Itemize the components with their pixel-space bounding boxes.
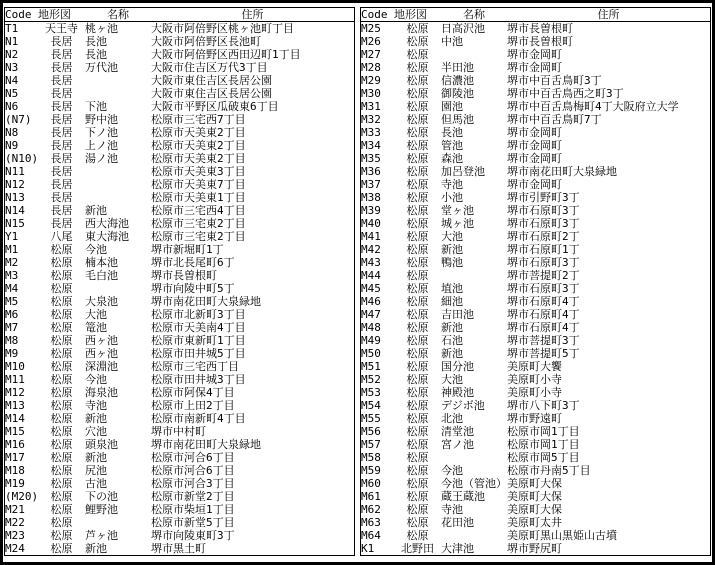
cell-mapsheet: 松原: [38, 412, 85, 425]
cell-mapsheet: 長居: [38, 217, 85, 230]
cell-address: 松原市天美東7丁目: [151, 178, 355, 191]
column-header-code: Code: [5, 8, 39, 22]
cell-code: M47: [361, 308, 395, 321]
cell-mapsheet: 長居: [38, 74, 85, 87]
table-row: (M20) 松原 下の池 松原市新堂2丁目: [5, 490, 355, 503]
table-row: N15 長居 西大海池 松原市三宅東2丁目: [5, 217, 355, 230]
cell-address: 松原市河合6丁目: [151, 464, 355, 477]
column-header-name: 名称: [85, 8, 151, 22]
cell-name: 鯉野池: [85, 503, 151, 516]
table-row: N13 長居 松原市天美東1丁目: [5, 191, 355, 204]
table-row: M36 松原 加呂登池 堺市南花田町大泉緑地: [361, 165, 711, 178]
cell-code: M40: [361, 217, 395, 230]
cell-name: 楠本池: [85, 256, 151, 269]
cell-address: 堺市中百舌鳥西之町3丁: [507, 87, 711, 100]
cell-code: (M20): [5, 490, 39, 503]
cell-code: M9: [5, 347, 39, 360]
cell-name: 寺池: [441, 503, 507, 516]
cell-address: 堺市石原町4丁: [507, 295, 711, 308]
cell-code: M17: [5, 451, 39, 464]
cell-mapsheet: 松原: [38, 334, 85, 347]
cell-mapsheet: 長居: [38, 152, 85, 165]
cell-name: 西ヶ池: [85, 334, 151, 347]
table-row: (N7) 長居 野中池 松原市三宅西7丁目: [5, 113, 355, 126]
cell-name: 城ヶ池: [441, 217, 507, 230]
cell-mapsheet: 松原: [38, 529, 85, 542]
cell-mapsheet: 松原: [38, 373, 85, 386]
cell-mapsheet: 松原: [38, 399, 85, 412]
cell-mapsheet: 松原: [394, 191, 441, 204]
table-row: M61 松原 蔵王蔵池 美原町大保: [361, 490, 711, 503]
cell-code: M3: [5, 269, 39, 282]
cell-name: 新池: [85, 204, 151, 217]
cell-name: 長池: [441, 126, 507, 139]
column-header-address: 住所: [507, 8, 711, 22]
cell-name: 堂ヶ池: [441, 204, 507, 217]
cell-address: 大阪市阿倍野区桃ヶ池町丁目: [151, 22, 355, 36]
cell-mapsheet: 長居: [38, 178, 85, 191]
cell-code: N11: [5, 165, 39, 178]
table-row: N1 長居 長池 大阪市阿倍野区長池町: [5, 35, 355, 48]
cell-address: 堺市南花田町大泉緑地: [507, 165, 711, 178]
cell-name: 下池: [85, 100, 151, 113]
cell-address: 堺市菩提町5丁: [507, 347, 711, 360]
table-row: M2 松原 楠本池 堺市北長尾町6丁: [5, 256, 355, 269]
cell-mapsheet: 長居: [38, 126, 85, 139]
table-row: M56 松原 清堂池 松原市岡1丁目: [361, 425, 711, 438]
column-header-mapsheet: 地形図: [38, 8, 85, 22]
table-row: M46 松原 細池 堺市石原町4丁: [361, 295, 711, 308]
cell-name: 新池: [85, 542, 151, 556]
cell-name: 大泉池: [85, 295, 151, 308]
cell-mapsheet: 松原: [38, 425, 85, 438]
cell-address: 美原町大保: [507, 503, 711, 516]
table-row: N14 長居 新池 松原市三宅西4丁目: [5, 204, 355, 217]
table-row: M47 松原 吉田池 堺市石原町4丁: [361, 308, 711, 321]
table-row: M1 松原 今池 堺市新堀町1丁: [5, 243, 355, 256]
cell-code: M55: [361, 412, 395, 425]
cell-mapsheet: 松原: [394, 204, 441, 217]
cell-mapsheet: 八尾: [38, 230, 85, 243]
cell-mapsheet: 松原: [394, 386, 441, 399]
table-row: M24 松原 新池 堺市黒土町: [5, 542, 355, 556]
cell-name: 管池: [441, 139, 507, 152]
table-row: M17 松原 新池 松原市河合6丁目: [5, 451, 355, 464]
cell-code: M32: [361, 113, 395, 126]
cell-name: 大池: [441, 230, 507, 243]
cell-name: 下ノ池: [85, 126, 151, 139]
table-row: N5 長居 大阪市東住吉区長居公園: [5, 87, 355, 100]
table-row: M32 松原 但馬池 堺市中百舌鳥町7丁: [361, 113, 711, 126]
cell-address: 大阪市住吉区万代3丁目: [151, 61, 355, 74]
cell-mapsheet: 松原: [394, 74, 441, 87]
cell-mapsheet: 松原: [38, 542, 85, 556]
table-row: M16 松原 頭泉池 堺市南花田町大泉緑地: [5, 438, 355, 451]
cell-name: 森池: [441, 152, 507, 165]
cell-name: 大津池: [441, 542, 507, 556]
cell-code: M53: [361, 386, 395, 399]
table-row: M23 松原 芦ヶ池 堺市向陵東町3丁: [5, 529, 355, 542]
cell-mapsheet: 松原: [394, 360, 441, 373]
cell-mapsheet: 松原: [38, 321, 85, 334]
table-row: M40 松原 城ヶ池 堺市石原町3丁: [361, 217, 711, 230]
table-row: M31 松原 園池 堺市中百舌鳥梅町4丁大阪府立大学: [361, 100, 711, 113]
cell-mapsheet: 天王寺: [38, 22, 85, 36]
table-row: M27 松原 堺市金岡町: [361, 48, 711, 61]
cell-address: 松原市東新町1丁目: [151, 334, 355, 347]
table-row: N11 長居 松原市天美東3丁目: [5, 165, 355, 178]
cell-address: 松原市北新町3丁目: [151, 308, 355, 321]
cell-code: M10: [5, 360, 39, 373]
cell-address: 大阪市平野区瓜破東6丁目: [151, 100, 355, 113]
cell-name: [441, 529, 507, 542]
cell-code: M36: [361, 165, 395, 178]
table-row: N6 長居 下池 大阪市平野区瓜破東6丁目: [5, 100, 355, 113]
cell-mapsheet: 松原: [394, 217, 441, 230]
cell-mapsheet: 松原: [394, 321, 441, 334]
cell-address: 松原市三宅西4丁目: [151, 204, 355, 217]
cell-code: M25: [361, 22, 395, 36]
cell-code: M26: [361, 35, 395, 48]
cell-name: 今池: [441, 464, 507, 477]
cell-code: N13: [5, 191, 39, 204]
cell-address: 堺市石原町1丁: [507, 243, 711, 256]
cell-name: 上ノ池: [85, 139, 151, 152]
cell-address: 堺市長曽根町: [151, 269, 355, 282]
cell-name: 大池: [85, 308, 151, 321]
cell-name: 新池: [85, 451, 151, 464]
cell-mapsheet: 長居: [38, 61, 85, 74]
table-row: M29 松原 信濃池 堺市中百舌鳥町3丁: [361, 74, 711, 87]
cell-mapsheet: 松原: [394, 178, 441, 191]
cell-mapsheet: 長居: [38, 139, 85, 152]
cell-address: 堺市北長尾町6丁: [151, 256, 355, 269]
cell-name: [85, 516, 151, 529]
cell-address: 堺市長曽根町: [507, 35, 711, 48]
cell-mapsheet: 松原: [394, 503, 441, 516]
cell-name: 尻池: [85, 464, 151, 477]
cell-mapsheet: 松原: [38, 360, 85, 373]
cell-name: 信濃池: [441, 74, 507, 87]
cell-name: 新池: [441, 347, 507, 360]
cell-mapsheet: 松原: [394, 347, 441, 360]
table-row: M5 松原 大泉池 堺市南花田町大泉緑地: [5, 295, 355, 308]
cell-name: 長池: [85, 48, 151, 61]
table-row: M22 松原 松原市新堂5丁目: [5, 516, 355, 529]
cell-address: 松原市河合6丁目: [151, 451, 355, 464]
cell-address: 堺市菩提町2丁: [507, 269, 711, 282]
table-row: K1 北野田 大津池 堺市野尻町: [361, 542, 711, 556]
cell-mapsheet: 松原: [38, 490, 85, 503]
table-row: M53 松原 神殿池 美原町小寺: [361, 386, 711, 399]
cell-mapsheet: 松原: [38, 503, 85, 516]
table-row: M13 松原 寺池 松原市上田2丁目: [5, 399, 355, 412]
cell-code: M29: [361, 74, 395, 87]
cell-name: 寺池: [441, 178, 507, 191]
cell-address: 松原市田井城5丁目: [151, 347, 355, 360]
cell-code: M62: [361, 503, 395, 516]
cell-mapsheet: 松原: [394, 87, 441, 100]
cell-mapsheet: 長居: [38, 87, 85, 100]
cell-code: N4: [5, 74, 39, 87]
cell-address: 堺市南花田町大泉緑地: [151, 295, 355, 308]
cell-code: M28: [361, 61, 395, 74]
cell-address: 松原市南新町4丁目: [151, 412, 355, 425]
cell-address: 堺市金岡町: [507, 126, 711, 139]
cell-code: M63: [361, 516, 395, 529]
cell-code: (N10): [5, 152, 39, 165]
cell-address: 堺市黒土町: [151, 542, 355, 556]
cell-address: 堺市石原町4丁: [507, 321, 711, 334]
table-row: M8 松原 西ヶ池 松原市東新町1丁目: [5, 334, 355, 347]
cell-name: 大池: [441, 373, 507, 386]
cell-address: 松原市新堂2丁目: [151, 490, 355, 503]
table-row: M41 松原 大池 堺市石原町2丁: [361, 230, 711, 243]
table-row: M48 松原 新池 堺市石原町4丁: [361, 321, 711, 334]
table-row: M60 松原 今池（管池） 美原町大保: [361, 477, 711, 490]
cell-name: デジボ池: [441, 399, 507, 412]
cell-name: 中池: [441, 35, 507, 48]
column-header-code: Code: [361, 8, 395, 22]
cell-mapsheet: 松原: [394, 451, 441, 464]
cell-address: 堺市石原町3丁: [507, 256, 711, 269]
cell-code: K1: [361, 542, 395, 556]
cell-mapsheet: 松原: [394, 464, 441, 477]
column-header-name: 名称: [441, 8, 507, 22]
cell-mapsheet: 松原: [38, 347, 85, 360]
cell-mapsheet: 松原: [38, 295, 85, 308]
cell-mapsheet: 長居: [38, 165, 85, 178]
cell-code: M50: [361, 347, 395, 360]
cell-mapsheet: 松原: [394, 126, 441, 139]
table-row: M34 松原 管池 堺市金岡町: [361, 139, 711, 152]
cell-name: 芦ヶ池: [85, 529, 151, 542]
cell-mapsheet: 松原: [38, 256, 85, 269]
cell-name: [85, 178, 151, 191]
cell-name: 頭泉池: [85, 438, 151, 451]
cell-code: Y1: [5, 230, 39, 243]
cell-name: 万代池: [85, 61, 151, 74]
cell-code: M52: [361, 373, 395, 386]
table-row: M10 松原 深淵池 松原市三宅西丁目: [5, 360, 355, 373]
cell-code: M41: [361, 230, 395, 243]
cell-mapsheet: 松原: [394, 425, 441, 438]
cell-address: 松原市三宅西7丁目: [151, 113, 355, 126]
cell-code: M37: [361, 178, 395, 191]
cell-address: 大阪市阿倍野区西田辺町1丁目: [151, 48, 355, 61]
table-row: M7 松原 篭池 松原市天美南4丁目: [5, 321, 355, 334]
column-header-address: 住所: [151, 8, 355, 22]
cell-code: M49: [361, 334, 395, 347]
cell-code: N8: [5, 126, 39, 139]
cell-address: 大阪市阿倍野区長池町: [151, 35, 355, 48]
table-row: M38 松原 小池 堺市引野町3丁: [361, 191, 711, 204]
cell-mapsheet: 松原: [394, 48, 441, 61]
table-row: M4 松原 堺市向陵中町5丁: [5, 282, 355, 295]
cell-code: M13: [5, 399, 39, 412]
cell-address: 松原市三宅東2丁目: [151, 217, 355, 230]
cell-name: 細池: [441, 295, 507, 308]
cell-address: 松原市岡1丁目: [507, 438, 711, 451]
table-row: M44 松原 堺市菩提町2丁: [361, 269, 711, 282]
cell-mapsheet: 松原: [394, 113, 441, 126]
cell-code: M27: [361, 48, 395, 61]
table-row: M19 松原 古池 松原市河合3丁目: [5, 477, 355, 490]
cell-code: N6: [5, 100, 39, 113]
cell-mapsheet: 松原: [38, 243, 85, 256]
cell-code: M44: [361, 269, 395, 282]
header-row: Code 地形図 名称 住所: [361, 8, 711, 22]
cell-name: 但馬池: [441, 113, 507, 126]
cell-code: M34: [361, 139, 395, 152]
cell-address: 堺市金岡町: [507, 48, 711, 61]
cell-address: 松原市阿保4丁目: [151, 386, 355, 399]
cell-address: 堺市南花田町大泉緑地: [151, 438, 355, 451]
cell-name: 湯ノ池: [85, 152, 151, 165]
cell-code: M48: [361, 321, 395, 334]
cell-address: 松原市天美東3丁目: [151, 165, 355, 178]
cell-name: 国分池: [441, 360, 507, 373]
cell-mapsheet: 松原: [38, 308, 85, 321]
cell-name: 毛白池: [85, 269, 151, 282]
cell-code: M18: [5, 464, 39, 477]
cell-code: M38: [361, 191, 395, 204]
cell-mapsheet: 松原: [38, 516, 85, 529]
cell-code: M14: [5, 412, 39, 425]
table-row: M11 松原 今池 松原市田井城3丁目: [5, 373, 355, 386]
cell-address: 美原町黒山黒姫山古墳: [507, 529, 711, 542]
cell-code: M57: [361, 438, 395, 451]
cell-code: M4: [5, 282, 39, 295]
cell-mapsheet: 松原: [38, 464, 85, 477]
cell-code: M23: [5, 529, 39, 542]
cell-address: 堺市引野町3丁: [507, 191, 711, 204]
column-header-mapsheet: 地形図: [394, 8, 441, 22]
cell-name: 半田池: [441, 61, 507, 74]
table-row: N9 長居 上ノ池 松原市天美東2丁目: [5, 139, 355, 152]
table-row: N8 長居 下ノ池 松原市天美東2丁目: [5, 126, 355, 139]
cell-mapsheet: 長居: [38, 191, 85, 204]
cell-address: 堺市中村町: [151, 425, 355, 438]
table-row: M3 松原 毛白池 堺市長曽根町: [5, 269, 355, 282]
cell-name: 神殿池: [441, 386, 507, 399]
cell-code: N5: [5, 87, 39, 100]
cell-code: N14: [5, 204, 39, 217]
cell-name: 寺池: [85, 399, 151, 412]
cell-name: 御陵池: [441, 87, 507, 100]
table-row: M37 松原 寺池 堺市金岡町: [361, 178, 711, 191]
table-row: T1 天王寺 桃ヶ池 大阪市阿倍野区桃ヶ池町丁目: [5, 22, 355, 36]
cell-address: 大阪市東住吉区長居公園: [151, 87, 355, 100]
cell-mapsheet: 松原: [394, 477, 441, 490]
cell-code: M24: [5, 542, 39, 556]
cell-mapsheet: 松原: [394, 438, 441, 451]
cell-name: 日高沢池: [441, 22, 507, 36]
cell-mapsheet: 松原: [394, 61, 441, 74]
cell-code: M1: [5, 243, 39, 256]
cell-mapsheet: 松原: [38, 451, 85, 464]
cell-name: 桃ヶ池: [85, 22, 151, 36]
table-row: N3 長居 万代池 大阪市住吉区万代3丁目: [5, 61, 355, 74]
cell-address: 堺市八下町3丁: [507, 399, 711, 412]
cell-name: 東大海池: [85, 230, 151, 243]
cell-address: 美原町小寺: [507, 386, 711, 399]
cell-address: 松原市天美東2丁目: [151, 139, 355, 152]
cell-name: 蔵王蔵池: [441, 490, 507, 503]
cell-code: M5: [5, 295, 39, 308]
cell-mapsheet: 松原: [394, 152, 441, 165]
cell-name: [85, 191, 151, 204]
cell-address: 美原町大保: [507, 477, 711, 490]
table-row: M63 松原 花田池 美原町太井: [361, 516, 711, 529]
page-frame: Code 地形図 名称 住所 T1 天王寺 桃ヶ池 大阪市阿倍野区桃ヶ池町丁目 …: [0, 0, 715, 565]
cell-name: [85, 282, 151, 295]
cell-mapsheet: 松原: [394, 308, 441, 321]
cell-code: N15: [5, 217, 39, 230]
cell-name: 埴池: [441, 282, 507, 295]
table-row: M58 松原 松原市岡5丁目: [361, 451, 711, 464]
cell-address: 松原市上田2丁目: [151, 399, 355, 412]
table-row: M28 松原 半田池 堺市金岡町: [361, 61, 711, 74]
table-row: M54 松原 デジボ池 堺市八下町3丁: [361, 399, 711, 412]
table-row: M25 松原 日高沢池 堺市長曽根町: [361, 22, 711, 36]
table-row: M51 松原 国分池 美原町大饗: [361, 360, 711, 373]
table-row: M21 松原 鯉野池 松原市柴垣1丁目: [5, 503, 355, 516]
cell-address: 美原町大饗: [507, 360, 711, 373]
cell-mapsheet: 松原: [394, 334, 441, 347]
cell-mapsheet: 松原: [394, 165, 441, 178]
cell-name: [85, 74, 151, 87]
cell-mapsheet: 松原: [394, 412, 441, 425]
cell-mapsheet: 松原: [394, 100, 441, 113]
cell-mapsheet: 松原: [394, 230, 441, 243]
cell-code: M56: [361, 425, 395, 438]
cell-mapsheet: 長居: [38, 35, 85, 48]
cell-address: 堺市向陵東町3丁: [151, 529, 355, 542]
cell-code: M21: [5, 503, 39, 516]
pond-table-right-body: M25 松原 日高沢池 堺市長曽根町 M26 松原 中池 堺市長曽根町 M27 …: [361, 22, 711, 556]
cell-address: 松原市天美東1丁目: [151, 191, 355, 204]
cell-code: T1: [5, 22, 39, 36]
cell-code: N1: [5, 35, 39, 48]
cell-address: 松原市田井城3丁目: [151, 373, 355, 386]
cell-name: 篭池: [85, 321, 151, 334]
cell-address: 美原町太井: [507, 516, 711, 529]
cell-address: 堺市石原町3丁: [507, 204, 711, 217]
cell-name: 西ヶ池: [85, 347, 151, 360]
table-row: M30 松原 御陵池 堺市中百舌鳥西之町3丁: [361, 87, 711, 100]
cell-address: 堺市向陵中町5丁: [151, 282, 355, 295]
cell-code: M2: [5, 256, 39, 269]
cell-address: 松原市三宅東2丁目: [151, 230, 355, 243]
cell-address: 松原市岡1丁目: [507, 425, 711, 438]
cell-address: 松原市三宅西丁目: [151, 360, 355, 373]
cell-name: 小池: [441, 191, 507, 204]
cell-code: M45: [361, 282, 395, 295]
cell-name: 鴨池: [441, 256, 507, 269]
cell-name: [441, 451, 507, 464]
table-row: N12 長居 松原市天美東7丁目: [5, 178, 355, 191]
cell-address: 松原市柴垣1丁目: [151, 503, 355, 516]
table-row: M12 松原 海泉池 松原市阿保4丁目: [5, 386, 355, 399]
cell-name: 新池: [441, 321, 507, 334]
cell-name: 穴池: [85, 425, 151, 438]
cell-code: M58: [361, 451, 395, 464]
table-row: M45 松原 埴池 堺市石原町3丁: [361, 282, 711, 295]
cell-address: 堺市中百舌鳥町7丁: [507, 113, 711, 126]
cell-name: 下の池: [85, 490, 151, 503]
cell-mapsheet: 松原: [394, 490, 441, 503]
